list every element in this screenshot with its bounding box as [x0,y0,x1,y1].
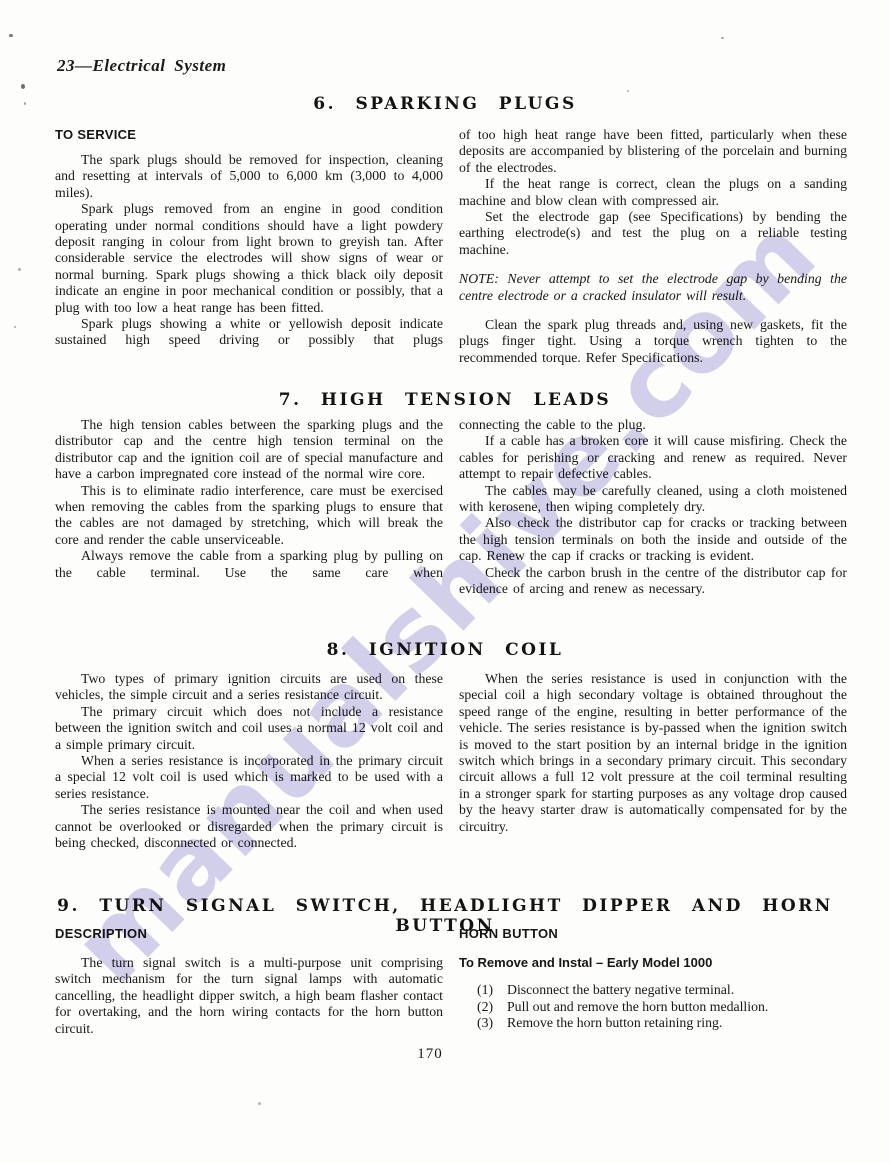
scan-speck [412,176,415,179]
scan-speck [14,326,16,328]
scan-speck [9,34,13,37]
section-sparking-plugs: TO SERVICE The spark plugs should be rem… [55,127,847,366]
paragraph: When a series resistance is incorporated… [55,753,443,802]
section-heading-ignition-coil: 8. IGNITION COIL [0,640,890,660]
paragraph: The spark plugs should be removed for in… [55,152,443,201]
scan-speck [21,84,25,89]
section-heading-high-tension-leads: 7. HIGH TENSION LEADS [0,390,890,410]
section-high-tension-leads: The high tension cables between the spar… [55,417,847,597]
paragraph: If a cable has a broken core it will cau… [459,433,847,482]
paragraph: Check the carbon brush in the centre of … [459,565,847,598]
column-left: Two types of primary ignition circuits a… [55,671,443,851]
scan-speck [258,1102,261,1105]
note-paragraph: NOTE: Never attempt to set the electrode… [459,271,847,304]
paragraph: The series resistance is mounted near th… [55,802,443,851]
scan-speck [721,37,724,39]
section-heading-sparking-plugs: 6. SPARKING PLUGS [0,94,890,114]
paragraph: If the heat range is correct, clean the … [459,176,847,209]
paragraph: This is to eliminate radio interference,… [55,483,443,549]
list-item: (2)Pull out and remove the horn button m… [477,999,847,1016]
paragraph: Spark plugs removed from an engine in go… [55,201,443,316]
paragraph: The primary circuit which does not inclu… [55,704,443,753]
manual-page: 23—Electrical System 6. SPARKING PLUGS T… [0,0,890,1163]
scan-speck [18,268,21,271]
paragraph: When the series resistance is used in co… [459,671,847,835]
paragraph: Two types of primary ignition circuits a… [55,671,443,704]
column-right: connecting the cable to the plug. If a c… [459,417,847,597]
subheading-horn-button: HORN BUTTON [459,926,847,941]
paragraph: connecting the cable to the plug. [459,417,847,433]
paragraph: Always remove the cable from a sparking … [55,548,443,581]
step-text: Remove the horn button retaining ring. [507,1015,722,1030]
paragraph: The turn signal switch is a multi-purpos… [55,955,443,1037]
step-number: (2) [477,999,507,1016]
paragraph: of too high heat range have been fitted,… [459,127,847,176]
scan-speck [24,102,26,105]
paragraph: The cables may be carefully cleaned, usi… [459,483,847,516]
scan-speck [140,65,143,67]
paragraph: Clean the spark plug threads and, using … [459,317,847,366]
step-number: (3) [477,1015,507,1032]
list-item: (1)Disconnect the battery negative termi… [477,982,847,999]
step-text: Disconnect the battery negative terminal… [507,982,734,997]
paragraph: Spark plugs showing a white or yellowish… [55,316,443,349]
step-text: Pull out and remove the horn button meda… [507,999,768,1014]
column-left: The high tension cables between the spar… [55,417,443,597]
column-left: DESCRIPTION The turn signal switch is a … [55,926,443,1037]
subheading-to-service: TO SERVICE [55,127,443,142]
column-left: TO SERVICE The spark plugs should be rem… [55,127,443,366]
section-ignition-coil: Two types of primary ignition circuits a… [55,671,847,851]
subheading-remove-instal: To Remove and Instal – Early Model 1000 [459,955,847,970]
section-turn-signal-switch: DESCRIPTION The turn signal switch is a … [55,926,847,1037]
page-number: 170 [0,1046,860,1063]
subheading-description: DESCRIPTION [55,926,443,941]
column-right: When the series resistance is used in co… [459,671,847,851]
procedure-steps: (1)Disconnect the battery negative termi… [459,982,847,1032]
paragraph: The high tension cables between the spar… [55,417,443,483]
step-number: (1) [477,982,507,999]
column-right: HORN BUTTON To Remove and Instal – Early… [459,926,847,1037]
scan-speck [627,90,629,92]
list-item: (3)Remove the horn button retaining ring… [477,1015,847,1032]
paragraph: Also check the distributor cap for crack… [459,515,847,564]
paragraph: Set the electrode gap (see Specification… [459,209,847,258]
column-right: of too high heat range have been fitted,… [459,127,847,366]
